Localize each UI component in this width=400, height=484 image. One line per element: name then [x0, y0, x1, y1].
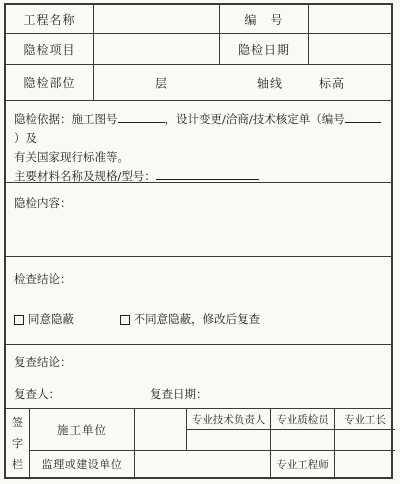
materials-blank[interactable] — [156, 169, 259, 180]
inspection-date-value[interactable] — [309, 34, 391, 64]
foreman-signature[interactable] — [335, 430, 395, 451]
conclusion-label: 检查结论： — [14, 270, 383, 289]
conclusion-section: 检查结论： 同意隐蔽 不同意隐蔽，修改后复查 — [6, 257, 391, 345]
recheck-line: 复查人： 复查日期： — [14, 385, 383, 404]
number-label: 编 号 — [220, 5, 309, 33]
supervision-unit-value[interactable] — [135, 451, 271, 477]
elevation-label: 标高 — [319, 74, 345, 91]
tech-lead-signature[interactable] — [187, 430, 271, 451]
sig-title-char-2: 字 — [12, 435, 23, 451]
content-section[interactable]: 隐检内容： — [6, 183, 391, 257]
recheck-date-label: 复查日期： — [150, 385, 208, 404]
basis-middle: ，设计变更/洽商/技术核定单（编号 — [165, 112, 345, 126]
sig-title-char-3: 栏 — [12, 456, 23, 472]
disagree-label: 不同意隐蔽，修改后复查 — [134, 310, 261, 329]
inspection-item-label: 隐检项目 — [6, 34, 94, 64]
basis-suffix: ）及 — [14, 131, 37, 145]
materials-label: 主要材料名称及规格/型号： — [14, 169, 156, 183]
supervision-unit-label: 监理或建设单位 — [30, 451, 135, 477]
signature-column-title: 签 字 栏 — [6, 409, 30, 477]
recheck-person-label: 复查人： — [14, 385, 150, 404]
basis-prefix: 隐检依据：施工图号 — [14, 112, 118, 126]
agree-label: 同意隐蔽 — [28, 310, 74, 329]
location-label: 隐检部位 — [6, 65, 94, 100]
agree-option[interactable]: 同意隐蔽 — [14, 310, 74, 329]
disagree-checkbox[interactable] — [120, 315, 130, 325]
signature-section: 签 字 栏 施工单位 专业技术负责人 专业质检员 专业工长 监理或建设单位 专业… — [6, 409, 391, 477]
construction-unit-label: 施工单位 — [30, 409, 135, 451]
disagree-option[interactable]: 不同意隐蔽，修改后复查 — [120, 310, 261, 329]
project-name-value[interactable] — [94, 5, 220, 33]
content-label: 隐检内容： — [14, 194, 383, 213]
project-name-label: 工程名称 — [6, 5, 94, 33]
engineer-signature[interactable] — [335, 451, 395, 477]
basis-line2: 有关国家现行标准等。 — [14, 148, 383, 167]
foreman-label: 专业工长 — [335, 409, 395, 430]
construction-unit-value[interactable] — [135, 409, 187, 451]
basis-section: 隐检依据：施工图号，设计变更/洽商/技术核定单（编号）及 有关国家现行标准等。 … — [6, 101, 391, 183]
location-value[interactable]: 层 轴线 标高 — [94, 65, 391, 100]
axis-label: 轴线 — [257, 74, 283, 91]
inspection-date-label: 隐检日期 — [220, 34, 309, 64]
inspection-record-table: 工程名称 编 号 隐检项目 隐检日期 隐检部位 层 轴线 标高 隐检依据：施工图… — [4, 3, 393, 479]
recheck-label: 复查结论： — [14, 353, 383, 372]
quality-inspector-signature[interactable] — [271, 430, 335, 451]
inspection-item-value[interactable] — [94, 34, 220, 64]
tech-lead-label: 专业技术负责人 — [187, 409, 271, 430]
engineer-label: 专业工程师 — [271, 451, 335, 477]
recheck-section: 复查结论： 复查人： 复查日期： — [6, 345, 391, 409]
drawing-number-blank[interactable] — [118, 112, 165, 123]
sig-title-char-1: 签 — [12, 414, 23, 430]
floor-label: 层 — [155, 74, 168, 91]
row-location: 隐检部位 层 轴线 标高 — [6, 65, 391, 101]
change-number-blank[interactable] — [345, 112, 381, 123]
quality-inspector-label: 专业质检员 — [271, 409, 335, 430]
row-item: 隐检项目 隐检日期 — [6, 34, 391, 65]
scanned-form-page: 工程名称 编 号 隐检项目 隐检日期 隐检部位 层 轴线 标高 隐检依据：施工图… — [0, 0, 400, 484]
conclusion-options: 同意隐蔽 不同意隐蔽，修改后复查 — [14, 310, 383, 331]
row-project: 工程名称 编 号 — [6, 5, 391, 34]
basis-line1: 隐检依据：施工图号，设计变更/洽商/技术核定单（编号）及 — [14, 110, 383, 148]
agree-checkbox[interactable] — [14, 315, 24, 325]
number-value[interactable] — [309, 5, 391, 33]
